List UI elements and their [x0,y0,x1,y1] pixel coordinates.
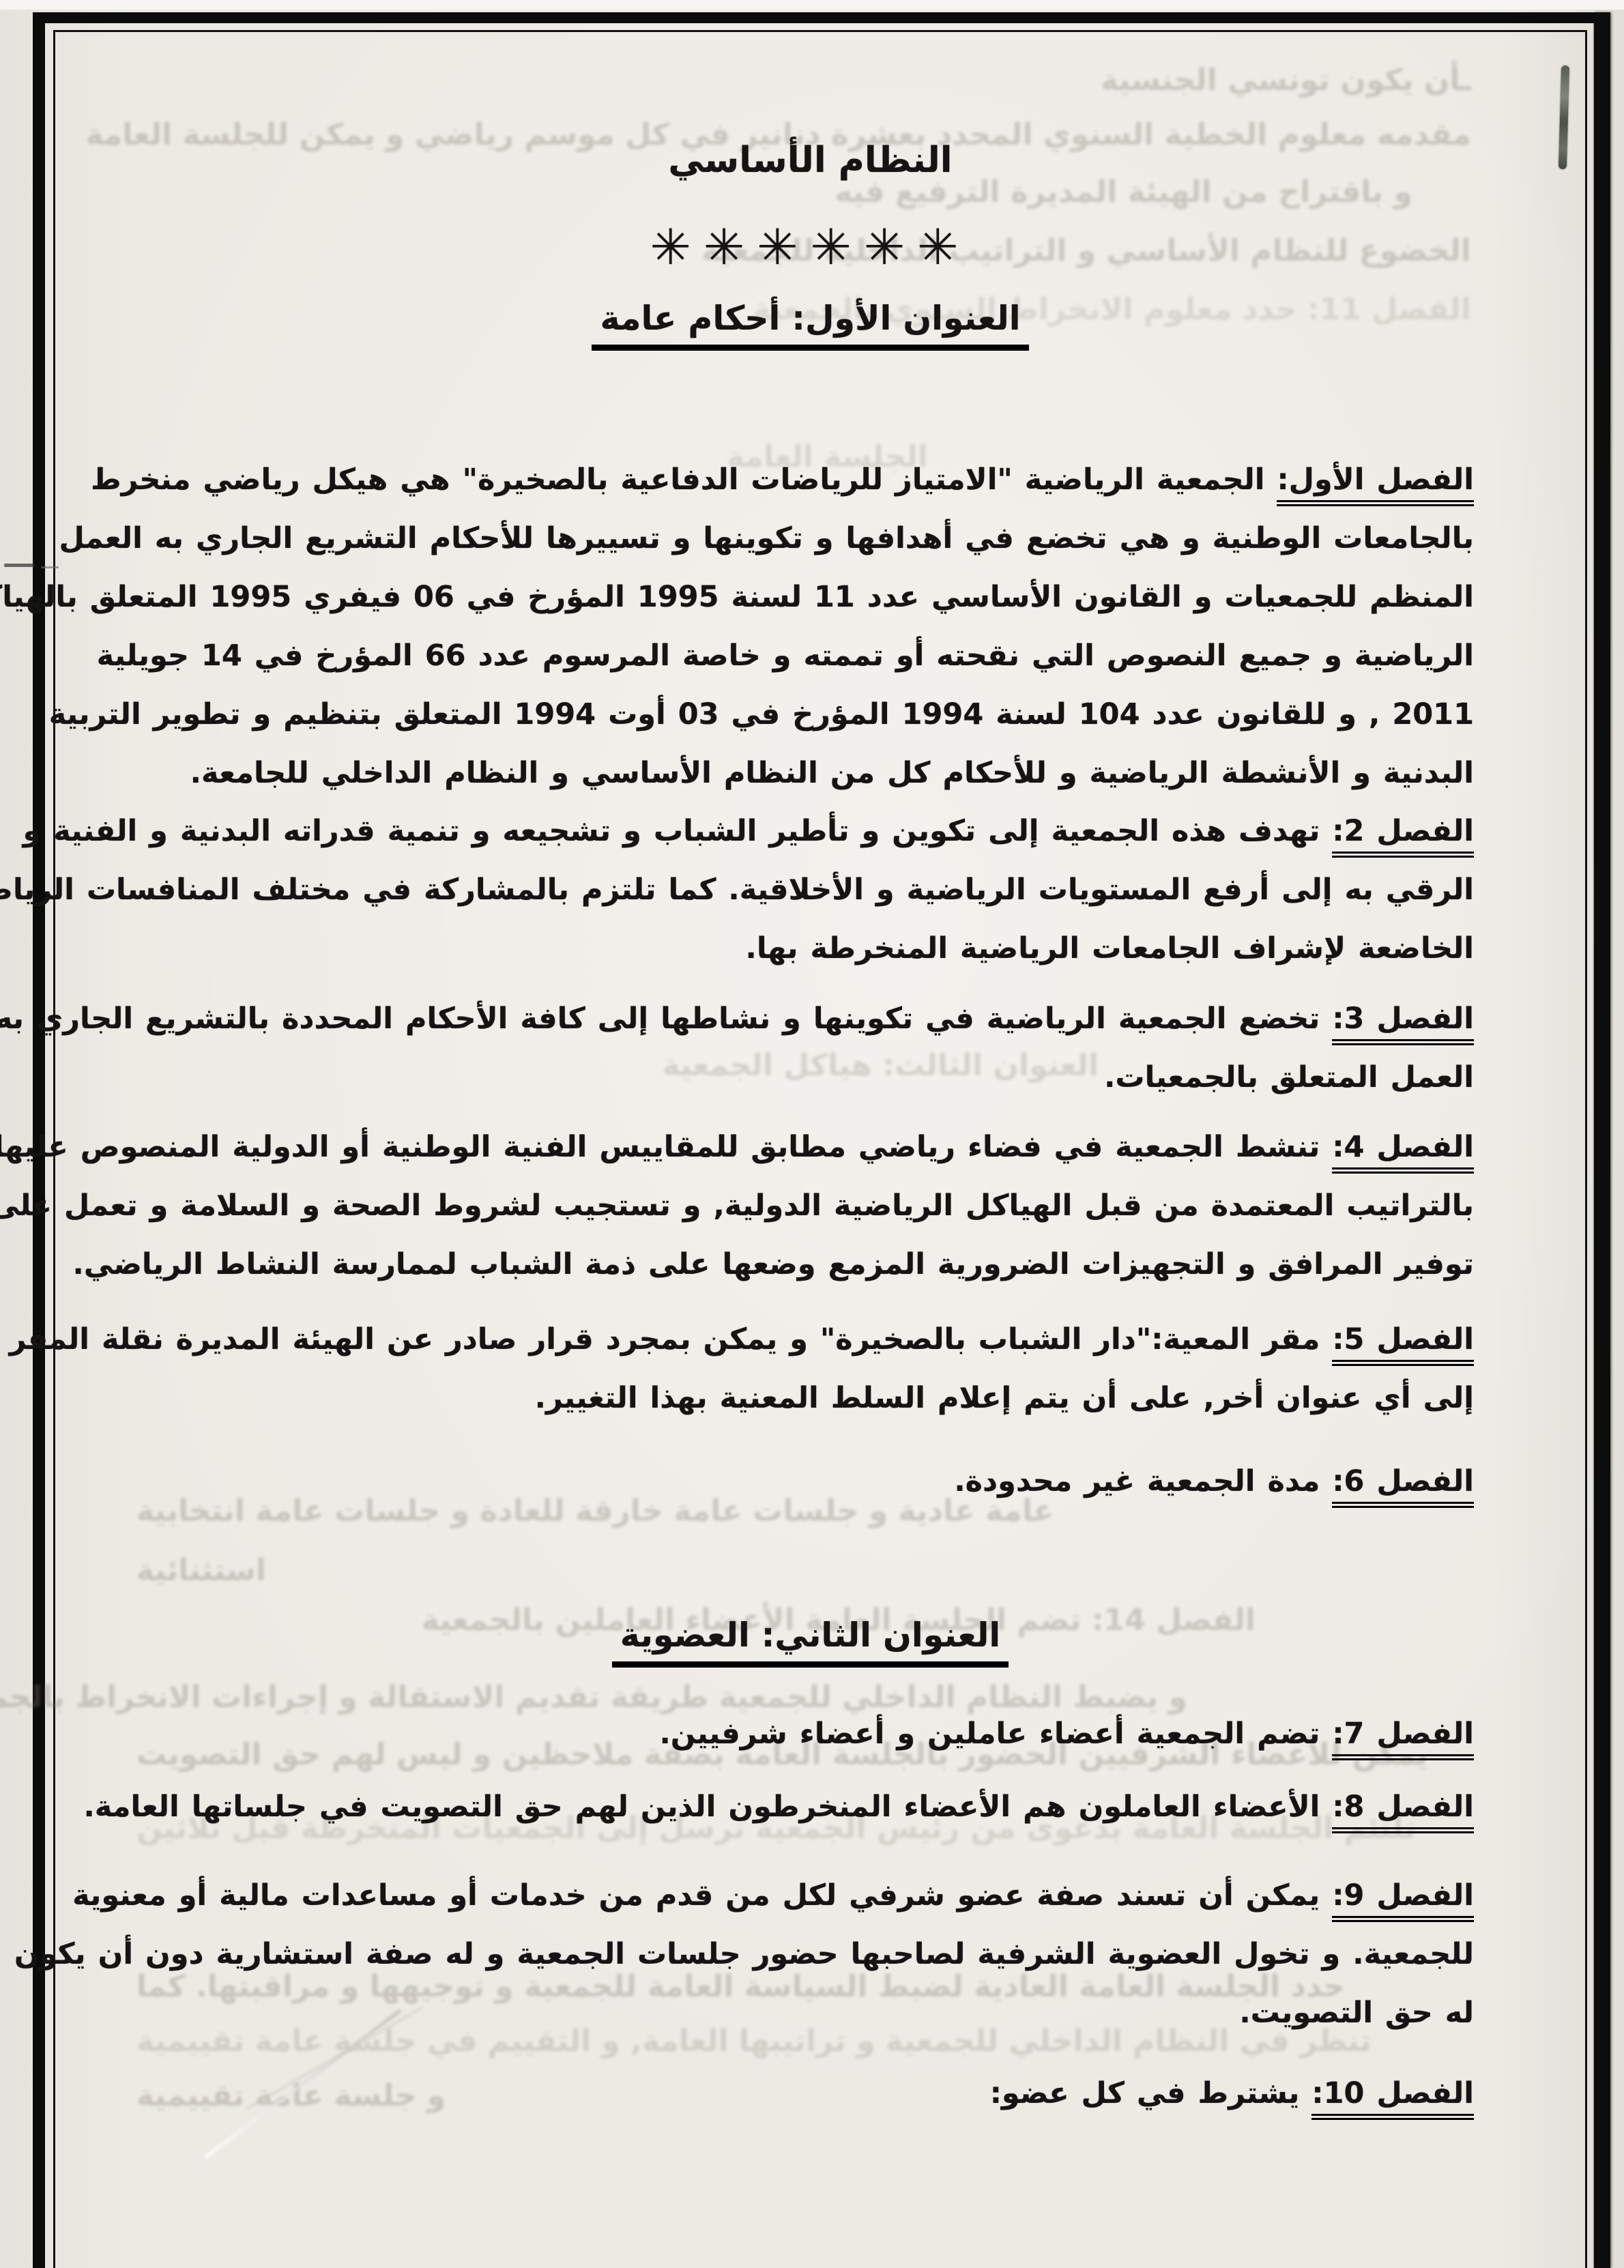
article-line: 2011 , و للقانون عدد 104 لسنة 1994 المؤر… [147,685,1474,744]
article-line: الرياضية و جميع النصوص التي نقحته أو تمم… [147,626,1474,685]
article-line: الفصل 4: تنشط الجمعية في فضاء رياضي مطاب… [147,1118,1474,1176]
article-2-label: الفصل 2: [1332,814,1474,858]
article-text: يمكن أن تسند صفة عضو شرفي لكل من قدم من … [72,1878,1332,1913]
article-line: الفصل 5: مقر المعية:"دار الشباب بالصخيرة… [147,1310,1474,1369]
article-line: له حق التصويت. [147,1983,1474,2042]
article-2: الفصل 2: تهدف هذه الجمعية إلى تكوين و تأ… [147,802,1474,978]
article-text: تخضع الجمعية الرياضية في تكوينها و نشاطه… [0,1002,1332,1036]
article-6: الفصل 6: مدة الجمعية غير محدودة. [147,1452,1474,1511]
article-text: مقر المعية:"دار الشباب بالصخيرة" و يمكن … [10,1322,1333,1356]
section-heading-2: العنوان الثاني: العضوية [147,1616,1474,1668]
article-10-label: الفصل 10: [1311,2076,1474,2120]
asterisk-separator: ✳✳✳✳✳✳ [147,220,1474,274]
article-text: الأعضاء العاملون هم الأعضاء المنخرطون ال… [83,1790,1332,1824]
article-line: الفصل 8: الأعضاء العاملون هم الأعضاء الم… [147,1777,1474,1836]
article-5-label: الفصل 5: [1332,1322,1474,1366]
article-8: الفصل 8: الأعضاء العاملون هم الأعضاء الم… [147,1777,1474,1836]
article-line: المنظم للجمعيات و القانون الأساسي عدد 11… [147,568,1474,626]
article-4-label: الفصل 4: [1332,1130,1474,1174]
article-1-label: الفصل الأول: [1277,463,1474,506]
article-line: الفصل 7: تضم الجمعية أعضاء عاملين و أعضا… [147,1704,1474,1763]
article-line: الفصل 2: تهدف هذه الجمعية إلى تكوين و تأ… [147,802,1474,860]
article-line: البدنية و الأنشطة الرياضية و للأحكام كل … [147,744,1474,802]
article-text: تضم الجمعية أعضاء عاملين و أعضاء شرفيين. [659,1717,1332,1751]
article-text: تنشط الجمعية في فضاء رياضي مطابق للمقايي… [0,1130,1332,1164]
article-line: بالتراتيب المعتمدة من قبل الهياكل الرياض… [147,1176,1474,1235]
article-7-label: الفصل 7: [1332,1717,1474,1760]
section-heading-2-text: العنوان الثاني: العضوية [612,1616,1009,1668]
article-7: الفصل 7: تضم الجمعية أعضاء عاملين و أعضا… [147,1704,1474,1763]
article-6-label: الفصل 6: [1332,1464,1474,1508]
article-9: الفصل 9: يمكن أن تسند صفة عضو شرفي لكل م… [147,1866,1474,2042]
frame-inner-line-right [1585,30,1587,2268]
article-9-label: الفصل 9: [1332,1878,1474,1922]
article-text: يشترط في كل عضو: [990,2076,1312,2110]
article-text: الجمعية الرياضية "الامتياز للرياضات الدف… [91,463,1277,497]
article-line: إلى أي عنوان أخر, على أن يتم إعلام السلط… [147,1369,1474,1427]
document-content: النظام الأساسي ✳✳✳✳✳✳ العنوان الأول: أحك… [147,0,1474,2268]
article-line: الفصل 9: يمكن أن تسند صفة عضو شرفي لكل م… [147,1866,1474,1925]
article-text: تهدف هذه الجمعية إلى تكوين و تأطير الشبا… [23,814,1333,848]
article-10: الفصل 10: يشترط في كل عضو: [147,2064,1474,2123]
article-1: الفصل الأول: الجمعية الرياضية "الامتياز … [147,450,1474,802]
article-line: الفصل 3: تخضع الجمعية الرياضية في تكوينه… [147,989,1474,1048]
article-line: الرقي به إلى أرفع المستويات الرياضية و ا… [147,860,1474,919]
ink-speck [41,566,59,568]
article-4: الفصل 4: تنشط الجمعية في فضاء رياضي مطاب… [147,1118,1474,1294]
article-line: العمل المتعلق بالجمعيات. [147,1048,1474,1107]
article-line: الفصل 6: مدة الجمعية غير محدودة. [147,1452,1474,1511]
section-heading-1: العنوان الأول: أحكام عامة [147,299,1474,351]
article-line: الخاضعة لإشراف الجامعات الرياضية المنخرط… [147,919,1474,978]
article-line: الفصل الأول: الجمعية الرياضية "الامتياز … [147,450,1474,509]
article-line: للجمعية. و تخول العضوية الشرفية لصاحبها … [147,1925,1474,1983]
article-5: الفصل 5: مقر المعية:"دار الشباب بالصخيرة… [147,1310,1474,1427]
staple-mark [1558,66,1569,169]
article-line: توفير المرافق و التجهيزات الضرورية المزم… [147,1235,1474,1294]
article-line: الفصل 10: يشترط في كل عضو: [147,2064,1474,2123]
article-3: الفصل 3: تخضع الجمعية الرياضية في تكوينه… [147,989,1474,1107]
article-line: بالجامعات الوطنية و هي تخضع في أهدافها و… [147,509,1474,568]
article-text: مدة الجمعية غير محدودة. [954,1464,1332,1498]
frame-border-right [1594,12,1610,2268]
article-3-label: الفصل 3: [1332,1002,1474,1045]
section-heading-1-text: العنوان الأول: أحكام عامة [592,299,1028,351]
ink-speck [4,564,34,567]
scanned-document-page: ـأن يكون تونسي الجنسية مقدمه معلوم الخطي… [0,0,1624,2268]
document-title: النظام الأساسي [147,140,1474,181]
article-8-label: الفصل 8: [1332,1790,1474,1833]
